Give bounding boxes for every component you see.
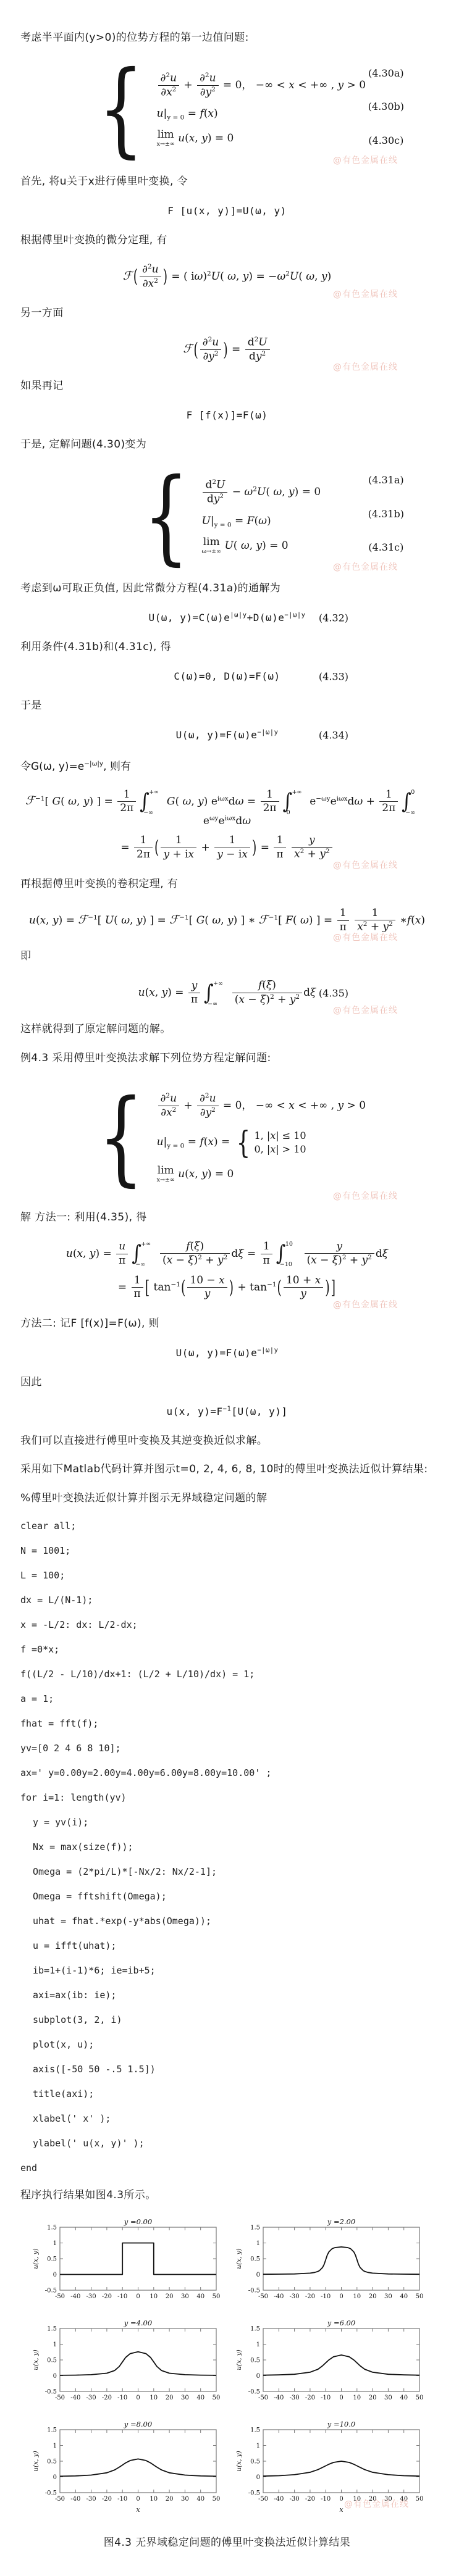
code-line: Nx = max(size(f)); [33, 1841, 434, 1853]
math-variable: ω [68, 795, 77, 807]
math-variable: ω [121, 914, 130, 927]
paragraph: 利用条件(4.31b)和(4.31c), 得 [20, 640, 434, 654]
paragraph: 考虑到ω可取正负值, 因此常微分方程(4.31a)的通解为 [20, 581, 434, 596]
math-text: ) [272, 979, 276, 991]
svg-text:-20: -20 [305, 2496, 314, 2503]
paragraph: 于是, 定解问题(4.30)变为 [20, 438, 434, 452]
math-text: u(x, y)=F [166, 1406, 222, 1417]
big-delimiter: ( [154, 837, 159, 858]
svg-text:u(x, y): u(x, y) [235, 2350, 243, 2370]
math-variable: y [309, 834, 315, 846]
svg-text:-40: -40 [274, 2293, 284, 2300]
math-text: , [46, 914, 53, 927]
fourier-operator: ℱ [25, 794, 35, 807]
math-text: ) = [59, 914, 78, 927]
svg-text:-40: -40 [70, 2395, 80, 2401]
math-text: −1 [171, 1280, 180, 1288]
math-text: d [347, 795, 354, 807]
svg-text:1: 1 [256, 2341, 259, 2348]
math-fraction: ∂2u∂x2 [140, 264, 161, 290]
math-fraction: 1π [337, 907, 349, 933]
svg-text:0: 0 [53, 2373, 56, 2380]
equation: U(ω, y)=F(ω)e−|ω|y [20, 1347, 434, 1359]
math-text: ) ] = [309, 914, 336, 927]
svg-text:-30: -30 [289, 2395, 299, 2401]
math-text: ( [266, 486, 273, 498]
math-variable: u [119, 1240, 125, 1253]
math-text: 1 [229, 834, 236, 846]
paragraph: 考虑半平面内(y>0)的位势方程的第一边值问题: [20, 31, 434, 45]
piecewise-row: 1, |x| ≤ 10 [254, 1130, 306, 1141]
code-line: y = yv(i); [33, 1817, 434, 1828]
math-numerator: y [305, 1241, 374, 1254]
big-delimiter: ( [181, 1277, 185, 1298]
math-variable: y [204, 1288, 211, 1300]
watermark: @有色金属在线 [333, 1004, 398, 1016]
svg-text:20: 20 [165, 2293, 173, 2300]
system-equation: limx→±∞ u(x, y) = 0 [157, 1165, 366, 1183]
math-numerator: ∂2u [158, 1093, 179, 1106]
math-denominator: 2π [134, 848, 153, 861]
math-variable: x [166, 1107, 172, 1119]
math-superscript: 2 [205, 72, 209, 79]
math-text: ( [61, 795, 68, 807]
math-superscript: 2 [172, 1106, 177, 1114]
math-text: [ [44, 795, 52, 807]
equation-line: ℱ−1[ G( ω, y) ] = 12π∫+∞−∞G( ω, y) eiωxd… [20, 789, 434, 827]
math-variable: x [189, 1168, 195, 1180]
math-variable: ω [242, 815, 251, 827]
svg-text:1: 1 [53, 2443, 56, 2449]
math-text: 2 [326, 848, 330, 855]
math-text: [U(ω, y)] [231, 1406, 287, 1417]
math-text: 2 [253, 486, 257, 493]
math-text: 2 [211, 86, 216, 93]
math-numerator: 1 [134, 835, 153, 848]
math-variable: y [256, 351, 262, 363]
math-text: F [f(x)]=F(ω) [187, 409, 268, 421]
svg-text:y =10.0: y =10.0 [326, 2420, 355, 2428]
svg-text:1.5: 1.5 [250, 2427, 260, 2434]
math-variable: ξ [238, 1248, 243, 1260]
math-fraction: f(ξ)(x − ξ)2 + y2 [160, 1241, 230, 1267]
math-superscript: 2 [368, 1254, 372, 1261]
math-text: , [314, 270, 321, 283]
svg-text:0.5: 0.5 [250, 2459, 260, 2466]
equation: 令G(ω, y)=e−|ω|y, 则有 [20, 757, 434, 773]
math-superscript: 2 [205, 1092, 209, 1099]
big-delimiter: ) [163, 266, 167, 287]
integral-sign: ∫+∞0 [283, 793, 306, 811]
integral-lower-limit: −∞ [405, 809, 415, 816]
math-superscript: 2 [295, 993, 300, 1001]
math-text: d [205, 479, 212, 491]
limit-operator: limω→±∞ [201, 537, 221, 555]
svg-text:0.5: 0.5 [47, 2256, 57, 2263]
math-text: | > 10 [276, 1143, 306, 1155]
math-text: + [274, 994, 290, 1006]
math-superscript: −1 [223, 1405, 232, 1412]
math-text: ∗ [397, 914, 407, 927]
math-text: ∂ [200, 1093, 205, 1105]
math-text: − [172, 1254, 188, 1267]
math-text: ) [214, 107, 218, 120]
svg-text:-10: -10 [117, 2395, 127, 2401]
svg-text:-40: -40 [274, 2496, 284, 2503]
equation-multiline: ℱ−1[ G( ω, y) ] = 12π∫+∞−∞G( ω, y) eiωxd… [20, 789, 434, 861]
integral-sign: ∫10−10 [276, 1244, 300, 1263]
math-text: iωx [217, 795, 229, 802]
svg-text:-20: -20 [305, 2395, 314, 2401]
math-fraction: 1y − ix [214, 835, 250, 861]
math-variable: ξ [194, 1240, 200, 1253]
svg-text:-10: -10 [321, 2496, 331, 2503]
math-superscript: −1 [179, 914, 188, 921]
math-numerator: 10 − x [187, 1275, 227, 1288]
math-variable: x [166, 86, 172, 99]
math-superscript: −|ω|y [257, 729, 278, 736]
math-text: π [263, 1254, 270, 1267]
svg-text:-10: -10 [321, 2395, 331, 2401]
math-variable: x [208, 107, 214, 120]
math-superscript: 2 [219, 493, 224, 500]
math-variable: y [256, 539, 263, 551]
svg-text:1: 1 [53, 2240, 56, 2247]
math-variable: u [209, 72, 216, 85]
math-text [287, 841, 290, 854]
math-text: + [180, 1099, 196, 1112]
inline-piecewise: {1, |x| ≤ 100, |x| > 10 [234, 1128, 306, 1157]
math-text: 2π [382, 802, 395, 814]
math-text: 1 [124, 788, 130, 801]
math-numerator: 1 [337, 907, 349, 921]
math-text: 0, | [254, 1143, 270, 1155]
math-text: ) ] = [89, 795, 116, 807]
math-text: [ [98, 914, 105, 927]
equation-system: {∂2u∂x2 + ∂2u∂y2 = 0， −∞ < x < +∞ , y > … [20, 64, 434, 156]
equation-system: {d2Udy2 − ω2U( ω, y) = 0U|y = 0 = F(ω)li… [20, 470, 434, 563]
big-delimiter: [ [145, 1277, 150, 1298]
equation: ℱ(∂2u∂y2) = d2Udy2@有色金属在线 [20, 336, 434, 363]
math-fraction: ∂2u∂x2 [158, 72, 179, 99]
math-text: = [184, 107, 200, 120]
svg-text:-20: -20 [101, 2496, 111, 2503]
math-variable: ω [241, 539, 250, 551]
math-numerator: d2U [203, 479, 227, 493]
math-superscript: −|ω|y [284, 612, 305, 619]
math-fraction: d2Udy2 [245, 336, 270, 363]
math-text: iωx [225, 814, 236, 822]
cases-group: {∂2u∂x2 + ∂2u∂y2 = 0， −∞ < x < +∞ , y > … [88, 64, 366, 156]
math-text: , 则有 [103, 761, 131, 773]
math-text: ) = − [248, 270, 277, 283]
math-variable: U [216, 479, 225, 491]
math-fraction: d2Udy2 [203, 479, 227, 506]
svg-text:-50: -50 [54, 2496, 64, 2503]
math-text: = [120, 841, 133, 854]
math-superscript: iωx [337, 795, 348, 802]
paragraph: 我们可以直接进行傅里叶变换及其逆变换近似求解。 [20, 1434, 434, 1448]
math-text: 2 [285, 270, 290, 277]
integral-upper-limit: +∞ [149, 789, 159, 796]
math-text: ) = 0 [295, 486, 321, 498]
integral-upper-limit: +∞ [292, 789, 302, 796]
math-text: ) [267, 515, 271, 527]
math-variable: y [227, 914, 234, 927]
system-rows: ∂2u∂x2 + ∂2u∂y2 = 0， −∞ < x < +∞ , y > 0… [157, 64, 366, 156]
math-text: y = 0 [214, 521, 232, 528]
math-variable: x [311, 1254, 317, 1267]
math-variable: F [285, 914, 293, 927]
svg-text:y =6.00: y =6.00 [326, 2319, 355, 2327]
math-denominator: 2π [261, 802, 279, 815]
math-text: = [257, 841, 272, 854]
math-denominator: ∂x2 [158, 86, 179, 99]
math-text: ∂ [143, 277, 148, 290]
math-text: π [276, 848, 283, 861]
math-superscript: 2 [198, 1254, 202, 1261]
math-text: ( [220, 270, 227, 283]
svg-text:-20: -20 [305, 2293, 314, 2300]
cases-group: {d2Udy2 − ω2U( ω, y) = 0U|y = 0 = F(ω)li… [133, 470, 321, 563]
svg-text:u(x, y): u(x, y) [32, 2350, 40, 2370]
svg-text:0: 0 [256, 2272, 259, 2278]
math-superscript: −1 [35, 795, 44, 802]
svg-text:y =2.00: y =2.00 [326, 2217, 355, 2226]
math-text: d [231, 1248, 238, 1260]
big-delimiter: ) [229, 1277, 234, 1298]
system-equation: u|y = 0 = f(x) [157, 107, 366, 121]
math-text: −|ω|y [84, 760, 103, 767]
math-text: ( [298, 270, 306, 283]
math-variable: y [243, 270, 249, 283]
limit-under: ω→±∞ [201, 549, 221, 555]
integral-upper-limit: +∞ [141, 1241, 151, 1248]
math-text: π [119, 1254, 125, 1267]
code-line: L = 100; [20, 1570, 434, 1581]
cases-brace: { [98, 1097, 144, 1179]
math-text: 1 [277, 834, 284, 846]
system-equation: ∂2u∂x2 + ∂2u∂y2 = 0， −∞ < x < +∞ , y > 0 [157, 1093, 366, 1119]
svg-text:-50: -50 [54, 2395, 64, 2401]
math-numerator: ∂2u [197, 1093, 218, 1106]
math-text: ( [36, 914, 40, 927]
svg-text:-0.5: -0.5 [44, 2490, 56, 2497]
subplot-cell: -50-40-30-20-1001020304050-0.500.511.5y … [235, 2217, 423, 2314]
code-line: axis([-50 50 -.5 1.5]) [33, 2064, 434, 2075]
svg-text:-0.5: -0.5 [44, 2389, 56, 2396]
watermark: @有色金属在线 [333, 561, 398, 573]
subplot-cell: -50-40-30-20-1001020304050-0.500.511.5y … [32, 2217, 220, 2314]
math-text: e [203, 815, 209, 827]
math-numerator: 1 [214, 835, 250, 848]
math-text: 2 [148, 263, 152, 270]
math-variable: y [206, 86, 212, 99]
math-variable: y [300, 1288, 306, 1300]
math-text: , [155, 986, 162, 999]
svg-text:u(x, y): u(x, y) [32, 2249, 40, 2269]
math-numerator: f(ξ) [160, 1241, 230, 1254]
fourier-operator: ℱ [78, 913, 87, 927]
piecewise-rows: 1, |x| ≤ 100, |x| > 10 [254, 1128, 306, 1157]
math-denominator: y [284, 1288, 323, 1301]
math-text: 2 [154, 277, 158, 285]
svg-text:10: 10 [150, 2395, 158, 2401]
code-line: subplot(3, 2, i) [33, 2014, 434, 2025]
svg-text:y =0.00: y =0.00 [123, 2217, 151, 2226]
equation-number: (4.30a) [368, 67, 404, 79]
math-text: [ [278, 914, 285, 927]
equation-line: = 1π[ tan−1(10 − xy) + tan−1(10 + xy)] [20, 1275, 434, 1301]
svg-text:40: 40 [196, 2496, 204, 2503]
math-subscript: y = 0 [167, 114, 184, 122]
math-denominator: π [274, 848, 285, 861]
code-line: ax=' y=0.00y=2.00y=4.00y=6.00y=8.00y=10.… [20, 1767, 434, 1778]
fourier-operator: ℱ [259, 913, 268, 927]
system-equation: u|y = 0 = f(x) = {1, |x| ≤ 100, |x| > 10 [157, 1128, 366, 1157]
code-line: fhat = fft(f); [20, 1718, 434, 1729]
svg-text:-50: -50 [258, 2395, 268, 2401]
math-text: 1 [263, 1240, 270, 1253]
math-fraction: 1y + ix [161, 835, 196, 861]
math-variable: ω [277, 270, 285, 283]
math-variable: U [105, 914, 114, 927]
math-variable: ω [306, 270, 314, 283]
math-superscript: ωy [209, 814, 219, 822]
math-fraction: y(x − ξ)2 + y2 [305, 1241, 374, 1267]
math-fraction: 1x2 + y2 [355, 907, 395, 934]
equation-number: (4.31c) [368, 541, 404, 553]
math-variable: y [201, 1168, 208, 1180]
integral-lower-limit: −∞ [208, 1001, 217, 1007]
math-variable: ω [212, 914, 221, 927]
math-fraction: yπ [188, 980, 200, 1006]
math-variable: y [290, 994, 296, 1006]
math-variable: U [290, 270, 298, 283]
math-text: , [195, 1168, 201, 1180]
math-text: −1 [269, 914, 278, 921]
math-denominator: π [261, 1254, 272, 1267]
math-text: C(ω)=0, D(ω)=F(ω) [174, 670, 280, 682]
math-superscript: 2 [389, 920, 393, 928]
math-text: + [198, 841, 213, 854]
subplot-grid: -50-40-30-20-1001020304050-0.500.511.5y … [20, 2217, 434, 2516]
math-variable: u [170, 72, 177, 85]
math-variable: y [338, 1099, 344, 1112]
code-line: axi=ax(ib: ie); [33, 1990, 434, 2001]
limit-under: x→±∞ [157, 141, 175, 148]
math-text: − i [223, 848, 242, 861]
svg-text:50: 50 [212, 2395, 219, 2401]
math-denominator: 2π [379, 802, 398, 815]
math-text: + [363, 795, 378, 807]
math-text: 2 [270, 993, 274, 1001]
svg-text:-50: -50 [258, 2293, 268, 2300]
limit-operator: limx→±∞ [157, 1165, 175, 1183]
math-text: 2π [120, 802, 133, 814]
equation-body: F [u(x, y)]=U(ω, y) [167, 205, 287, 217]
integral-lower-limit: −∞ [135, 1261, 145, 1268]
math-numerator: 1 [161, 835, 196, 848]
equation-body: C(ω)=0, D(ω)=F(ω) [174, 670, 280, 682]
math-text: ∂ [142, 263, 148, 275]
math-text: ( [411, 914, 415, 927]
math-superscript: 2 [326, 848, 330, 855]
math-numerator: 1 [132, 1275, 143, 1288]
limit-word: lim [157, 1165, 175, 1176]
svg-text:50: 50 [415, 2395, 423, 2401]
code-line: a = 1; [20, 1693, 434, 1704]
math-variable: x [208, 1136, 214, 1148]
math-numerator: y [292, 835, 332, 848]
svg-text:-40: -40 [274, 2395, 284, 2401]
math-variable: G [167, 795, 175, 807]
math-text: 1 [386, 788, 392, 801]
math-variable: x [289, 1099, 295, 1112]
code-line: clear all; [20, 1520, 434, 1532]
code-line: xlabel(' x' ); [33, 2113, 434, 2124]
svg-text:0: 0 [339, 2395, 343, 2401]
math-variable: u [212, 336, 219, 349]
svg-text:0.5: 0.5 [47, 2459, 57, 2466]
math-variable: u [178, 132, 185, 144]
svg-text:50: 50 [415, 2293, 423, 2300]
math-denominator: y − ix [214, 848, 250, 861]
math-text: , [250, 539, 256, 551]
math-text: , [191, 795, 198, 807]
math-text: −1 [88, 914, 97, 921]
paragraph: 首先, 将u关于x进行傅里叶变换, 令 [20, 175, 434, 189]
math-text: 2 [198, 1254, 202, 1261]
math-variable: U [201, 515, 210, 527]
math-text: d [249, 351, 256, 363]
math-variable: ξ [310, 986, 316, 999]
math-numerator: ∂2u [200, 336, 221, 350]
math-superscript: 2 [207, 270, 211, 277]
piecewise-row: 0, |x| > 10 [254, 1143, 306, 1155]
equation-number: (4.33) [319, 670, 348, 682]
math-superscript: 2 [172, 86, 177, 93]
equation-body: U(ω, y)=C(ω)e|ω|y+D(ω)e−|ω|y [149, 612, 306, 623]
svg-text:0: 0 [339, 2496, 343, 2503]
math-variable: u [157, 107, 164, 120]
math-text: 2 [205, 72, 209, 79]
subplot-2.00: -50-40-30-20-1001020304050-0.500.511.5y … [235, 2217, 423, 2311]
math-numerator: y [188, 980, 200, 994]
math-numerator: d2U [245, 336, 270, 350]
svg-text:30: 30 [384, 2293, 392, 2300]
math-text: ) = [167, 986, 187, 999]
svg-text:-50: -50 [258, 2496, 268, 2503]
equation-body: u(x, y) = ℱ−1[ U( ω, y) ] = ℱ−1[ G( ω, y… [29, 914, 425, 927]
subplot-4.00: -50-40-30-20-1001020304050-0.500.511.5y … [32, 2319, 220, 2412]
math-text: ) [421, 914, 425, 927]
document-page: 考虑半平面内(y>0)的位势方程的第一边值问题:{∂2u∂x2 + ∂2u∂y2… [0, 0, 451, 2576]
math-text: 2 [295, 993, 300, 1001]
math-text: +D(ω)e [247, 612, 285, 623]
code-line: u = ifft(uhat); [33, 1940, 434, 1951]
equation-system: {∂2u∂x2 + ∂2u∂y2 = 0， −∞ < x < +∞ , y > … [20, 1084, 434, 1192]
math-superscript: −1 [267, 1280, 276, 1288]
math-text: U(ω, y)=F(ω)e [176, 1347, 258, 1359]
math-fraction: uπ [116, 1241, 128, 1267]
code-line: ib=1+(i-1)*6; ie=ib+5; [33, 1965, 434, 1976]
svg-text:10: 10 [150, 2496, 158, 2503]
equation-body: 令G(ω, y)=e−|ω|y, 则有 [20, 761, 131, 773]
math-variable: u [138, 986, 145, 999]
math-variable: u [170, 1093, 177, 1105]
math-variable: ω [182, 795, 191, 807]
